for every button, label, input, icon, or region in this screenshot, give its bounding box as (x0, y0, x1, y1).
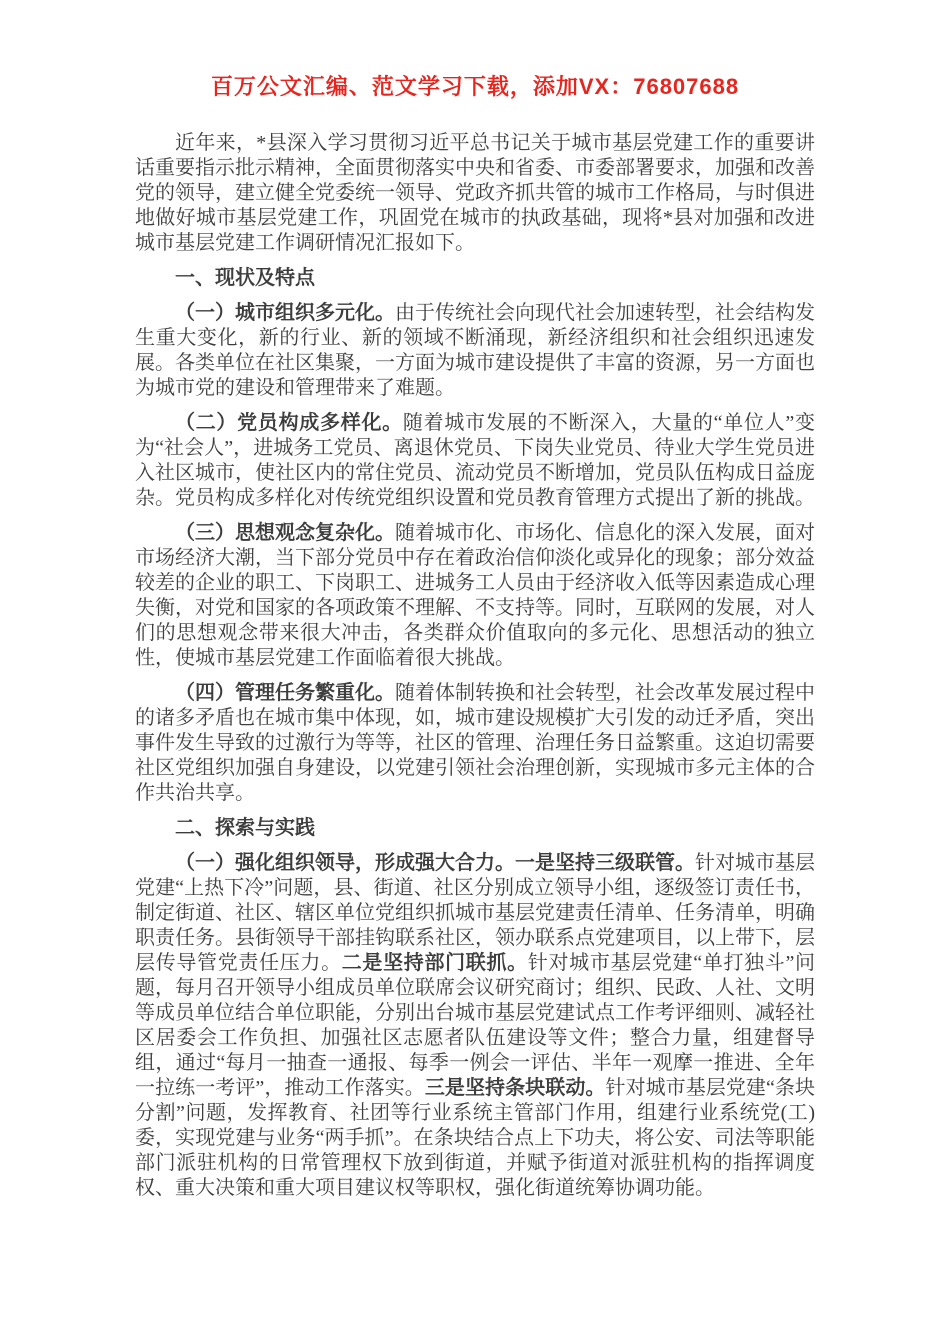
text-run: （一）城市组织多元化。 (175, 302, 395, 324)
paragraph: （一）强化组织领导，形成强大合力。一是坚持三级联管。针对城市基层党建“上热下冷”… (135, 851, 815, 1201)
text-run: 三是坚持条块联动。 (425, 1077, 606, 1099)
text-run: （三）思想观念复杂化。 (175, 522, 395, 544)
text-run: 二是坚持部门联抓。 (342, 952, 528, 974)
text-run: （一）强化组织领导，形成强大合力。一是坚持三级联管。 (175, 852, 695, 874)
text-run: 随着城市化、市场化、信息化的深入发展，面对市场经济大潮，当下部分党员中存在着政治… (135, 522, 815, 669)
paragraph: 近年来，*县深入学习贯彻习近平总书记关于城市基层党建工作的重要讲话重要指示批示精… (135, 131, 815, 256)
text-run: （二）党员构成多样化。 (175, 412, 403, 434)
section-heading: 二、探索与实践 (135, 816, 815, 841)
paragraph: （四）管理任务繁重化。随着体制转换和社会转型，社会改革发展过程中的诸多矛盾也在城… (135, 681, 815, 806)
text-run: 近年来，*县深入学习贯彻习近平总书记关于城市基层党建工作的重要讲话重要指示批示精… (135, 132, 815, 254)
paragraph: （二）党员构成多样化。随着城市发展的不断深入，大量的“单位人”变为“社会人”，进… (135, 411, 815, 511)
text-run: 二、探索与实践 (175, 817, 315, 839)
paragraph: （一）城市组织多元化。由于传统社会向现代社会加速转型，社会结构发生重大变化，新的… (135, 301, 815, 401)
text-run: 一、现状及特点 (175, 267, 315, 289)
paragraph: （三）思想观念复杂化。随着城市化、市场化、信息化的深入发展，面对市场经济大潮，当… (135, 521, 815, 671)
document-page: 百万公文汇编、范文学习下载，添加VX：76807688 近年来，*县深入学习贯彻… (0, 0, 950, 1344)
text-run: （四）管理任务繁重化。 (175, 682, 395, 704)
document-body: 近年来，*县深入学习贯彻习近平总书记关于城市基层党建工作的重要讲话重要指示批示精… (135, 131, 815, 1201)
promo-header: 百万公文汇编、范文学习下载，添加VX：76807688 (0, 0, 950, 101)
section-heading: 一、现状及特点 (135, 266, 815, 291)
